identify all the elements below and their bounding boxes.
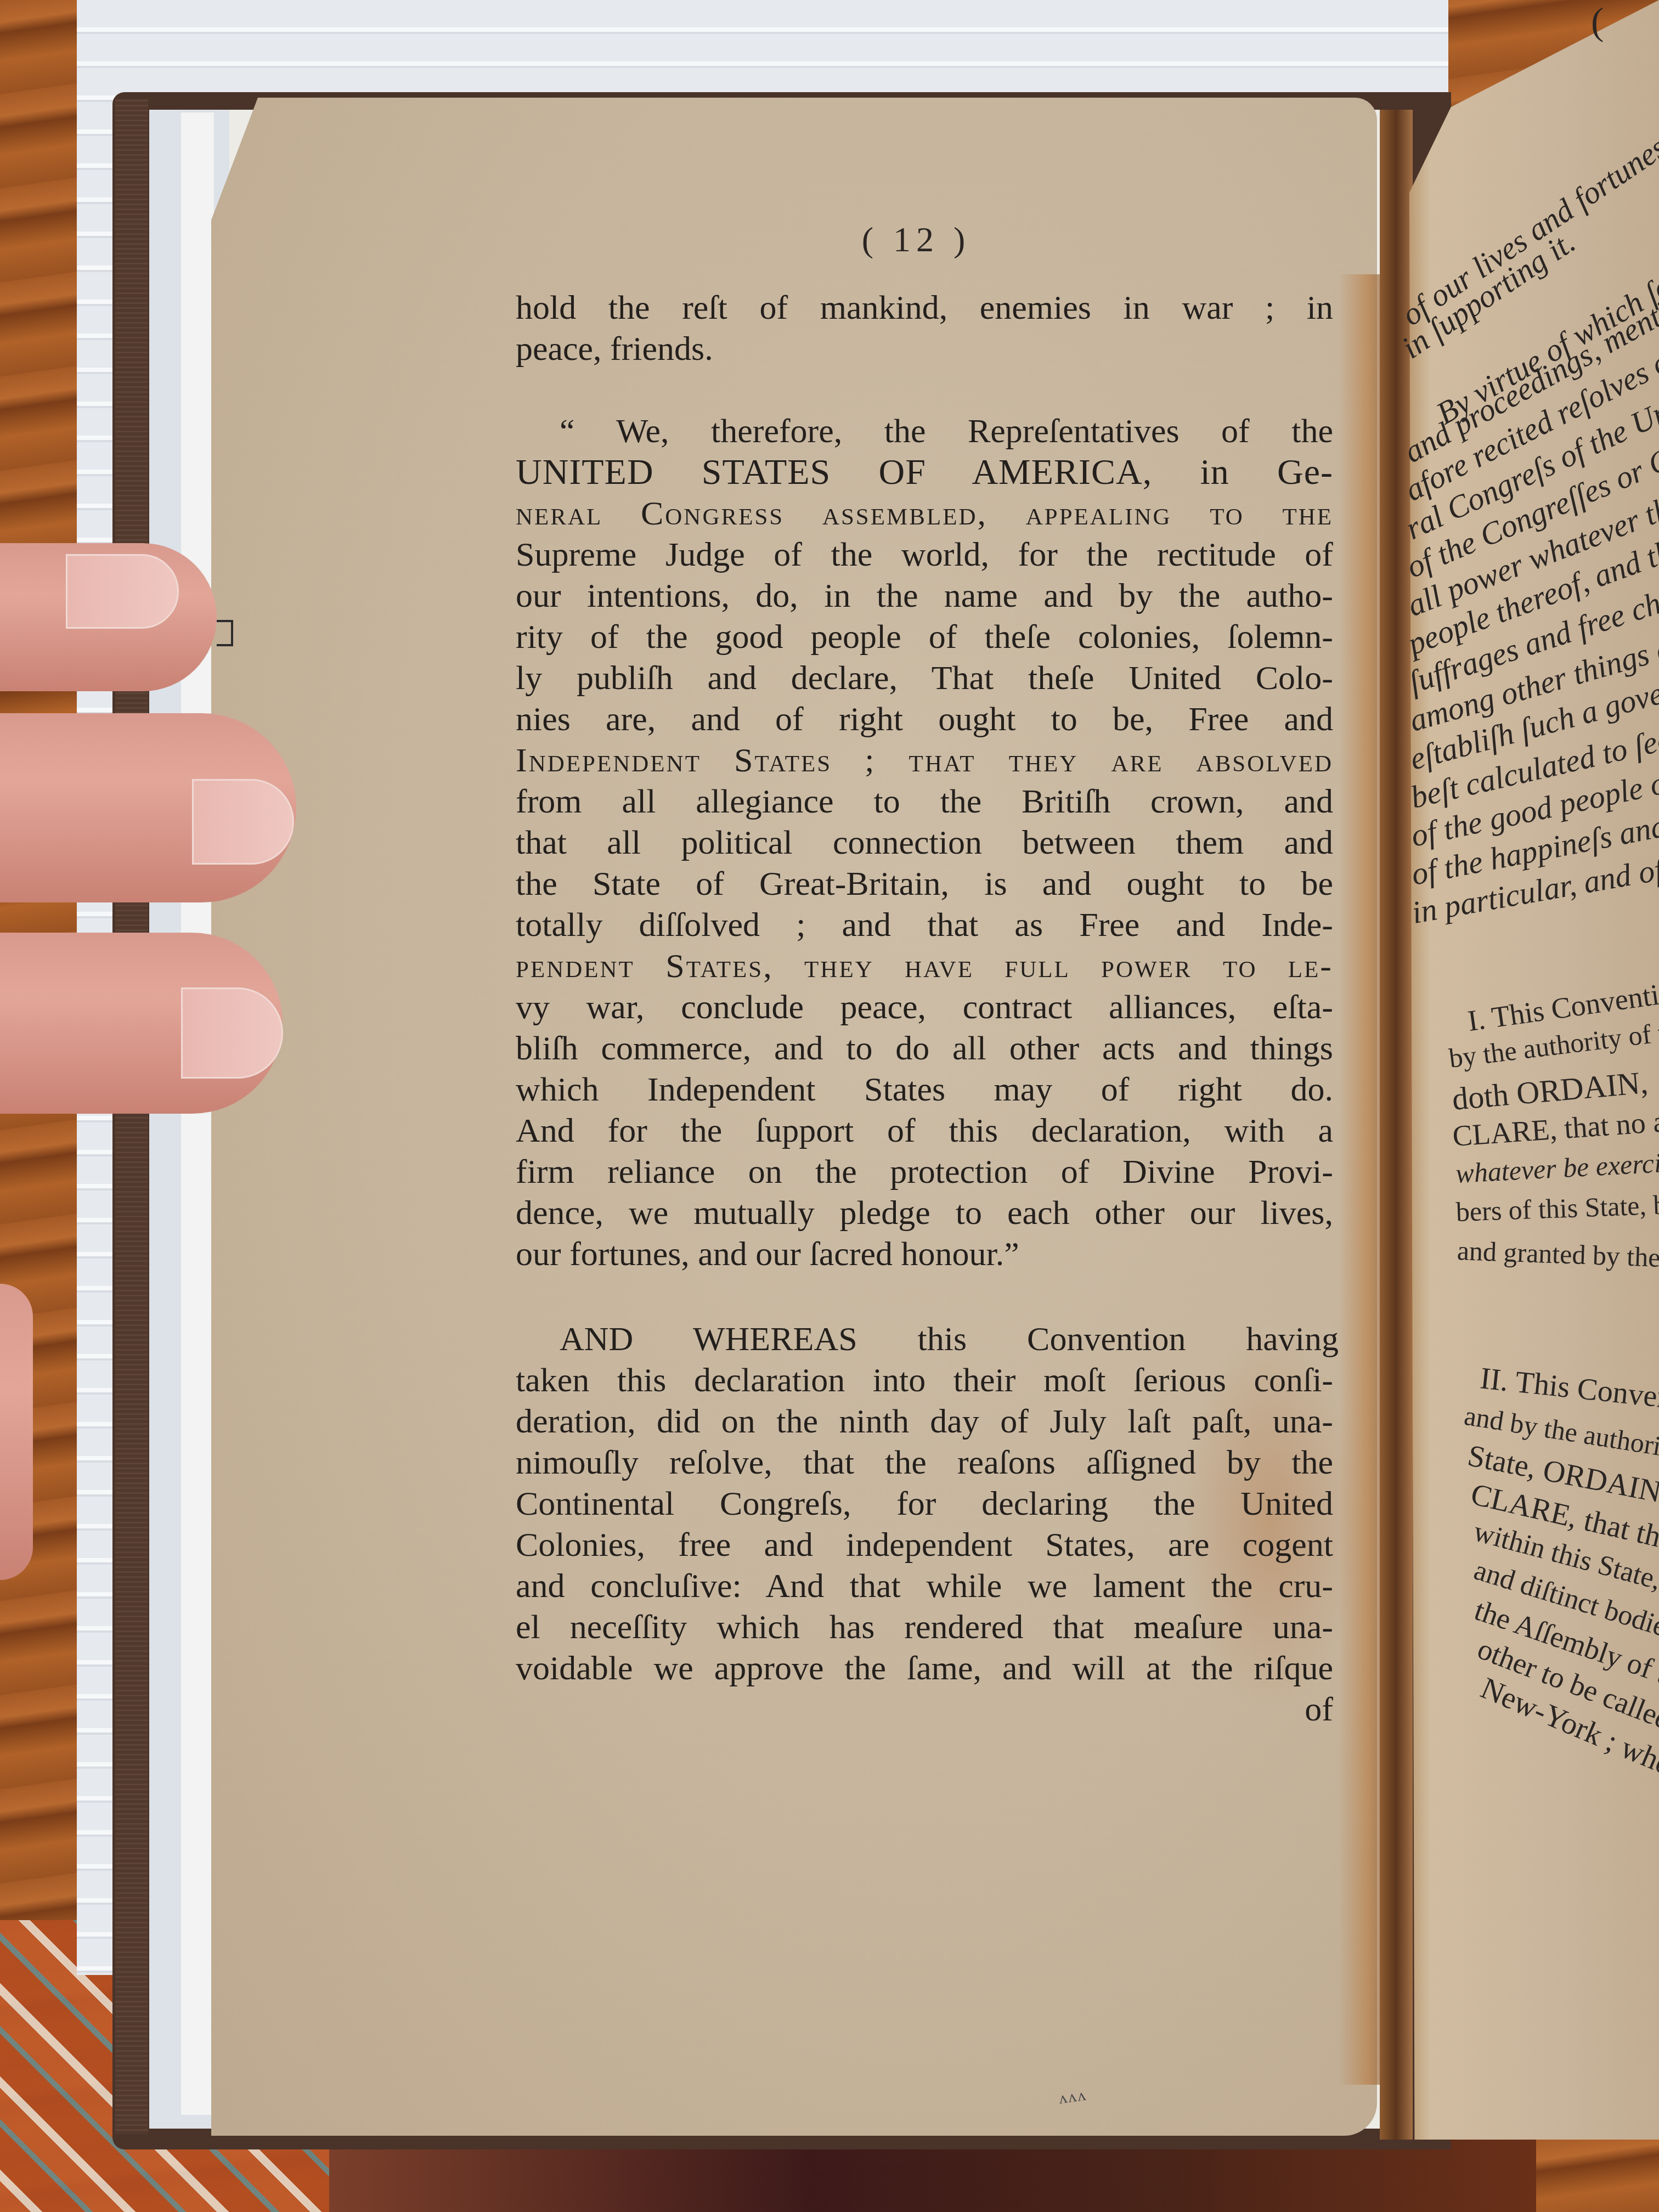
text-line: bliſh commerce, and to do all other acts…: [516, 1031, 1333, 1065]
text-line: “ We, therefore, the Repreſentatives of …: [560, 414, 1333, 448]
text-line: hold the reſt of mankind, enemies in war…: [516, 291, 1333, 325]
book-spine-cloth: [115, 99, 148, 2134]
text-line: rity of the good people of theſe colonie…: [516, 620, 1333, 654]
text-line: from all allegiance to the Britiſh crown…: [516, 785, 1333, 819]
signature-mark: ʌʌʌ: [1058, 2086, 1088, 2108]
palm-edge: [0, 1284, 33, 1580]
text-line-whereas: AND WHEREAS this Convention having: [560, 1322, 1339, 1356]
fingernail: [192, 779, 294, 865]
text-line: voidable we approve the ſame, and will a…: [516, 1651, 1333, 1685]
page-number: ( 12 ): [823, 219, 1009, 260]
text-line: Continental Congreſs, for declaring the …: [516, 1487, 1333, 1521]
endpaper-inner: [181, 112, 214, 2115]
text-line: that all political connection between th…: [516, 826, 1333, 860]
text-line: el neceſſity which has rendered that mea…: [516, 1610, 1333, 1644]
text-line: our intentions, do, in the name and by t…: [516, 579, 1333, 613]
text-line: Supreme Judge of the world, for the rect…: [516, 538, 1333, 572]
text-line: ly publiſh and declare, That theſe Unite…: [516, 661, 1333, 695]
fingernail: [66, 554, 179, 629]
text-line: nimouſly reſolve, that the reaſons aſſig…: [516, 1446, 1333, 1480]
text-line: vy war, conclude peace, contract allianc…: [516, 990, 1333, 1024]
text-line: taken this declaration into their moſt ſ…: [516, 1363, 1333, 1397]
book-gutter: [1380, 110, 1413, 2140]
text-line: And for the ſupport of this declaration,…: [516, 1114, 1333, 1148]
text-line: the State of Great-Britain, is and ought…: [516, 867, 1333, 901]
text-line: Colonies, free and independent States, a…: [516, 1528, 1333, 1562]
text-line: dence, we mutually pledge to each other …: [516, 1196, 1333, 1230]
text-line: our fortunes, and our ſacred honour.”: [516, 1237, 1333, 1271]
text-line: neral Congress aſſembled, appealing to t…: [516, 496, 1333, 531]
bracket-mark: [217, 620, 233, 646]
text-line: which Independent States may of right do…: [516, 1073, 1333, 1107]
text-line: pendent States, they have full power to …: [516, 949, 1333, 983]
text-line: deration, did on the ninth day of July l…: [516, 1404, 1333, 1438]
text-line: totally diſſolved ; and that as Free and…: [516, 908, 1333, 942]
text-line: and concluſive: And that while we lament…: [516, 1569, 1333, 1603]
text-line: nies are, and of right ought to be, Free…: [516, 702, 1333, 736]
right-page-number-fragment: (: [1591, 0, 1604, 44]
catchword: of: [516, 1692, 1333, 1726]
text-line: Independent States ; that they are abſol…: [516, 743, 1333, 777]
text-line-caps: UNITED STATES OF AMERICA, in Ge-: [516, 455, 1333, 489]
text-line: firm reliance on the protection of Divin…: [516, 1155, 1333, 1189]
text-line: peace, friends.: [516, 332, 1333, 366]
fingernail: [181, 988, 283, 1079]
floor-shadow: [329, 2140, 1536, 2212]
